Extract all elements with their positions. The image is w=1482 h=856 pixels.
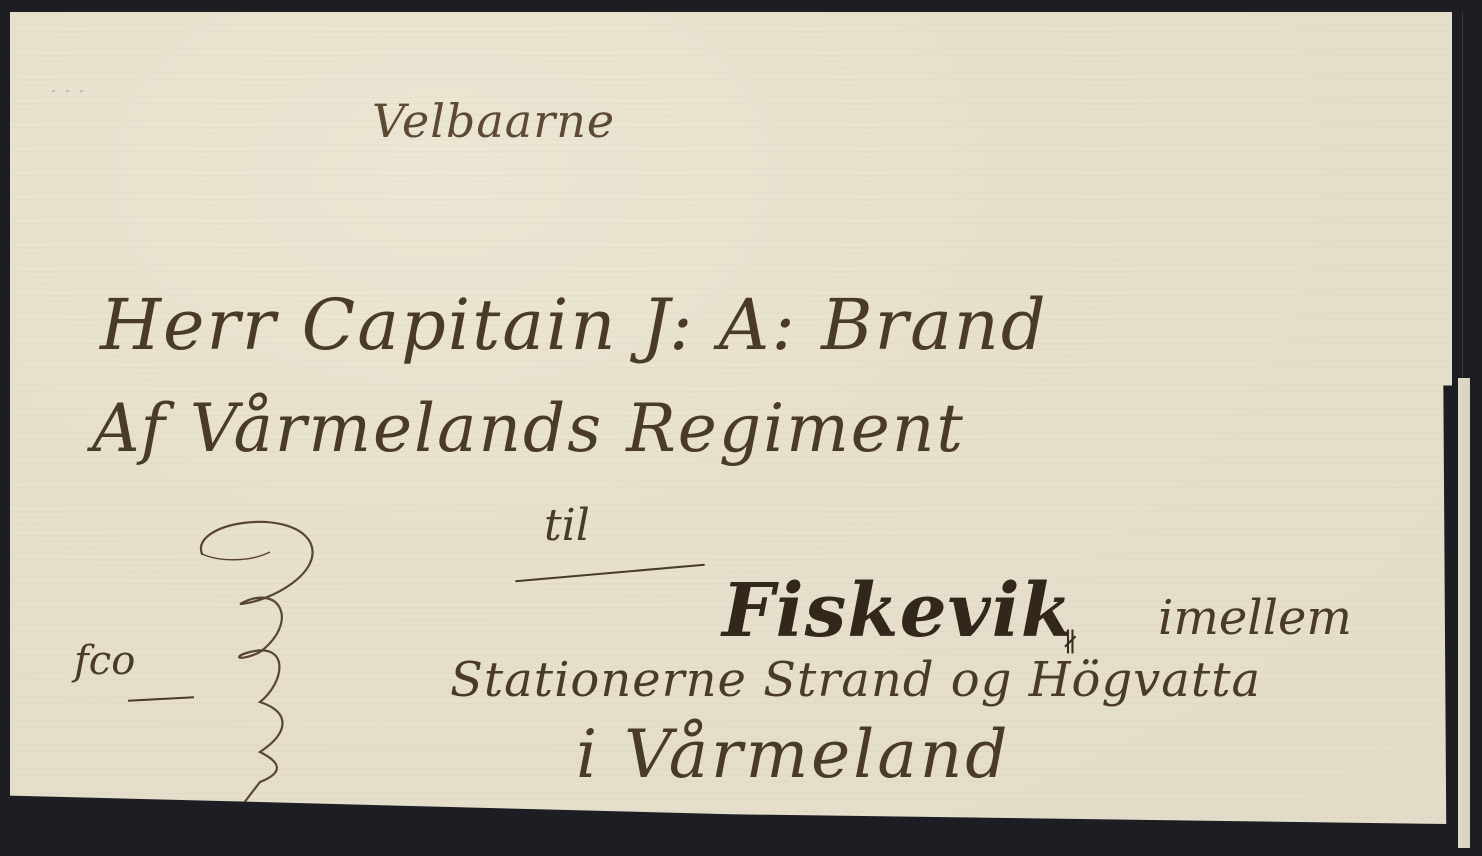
recipient-affiliation: Af Vårmelands Regiment (92, 390, 965, 467)
letter-cover: · · · Velbaarne Herr Capitain J: A: Bran… (10, 12, 1452, 824)
destination-town: Fiskevik (722, 568, 1073, 654)
rate-squiggle-icon (190, 512, 330, 812)
fold-line (1462, 12, 1463, 378)
til-underline (515, 564, 704, 583)
province-text: i Vårmeland (576, 716, 1010, 793)
franco-underline (128, 696, 194, 701)
faint-pencil-mark: · · · (50, 80, 85, 105)
right-fold-flap (1458, 378, 1470, 848)
preposition-til: til (544, 500, 590, 551)
stations-text: Stationerne Strand og Högvatta (450, 652, 1261, 708)
franco-annotation: fco (74, 638, 135, 684)
recipient-name: Herr Capitain J: A: Brand (100, 284, 1048, 366)
between-text: imellem (1158, 590, 1352, 646)
salutation-text: Velbaarne (372, 94, 615, 148)
